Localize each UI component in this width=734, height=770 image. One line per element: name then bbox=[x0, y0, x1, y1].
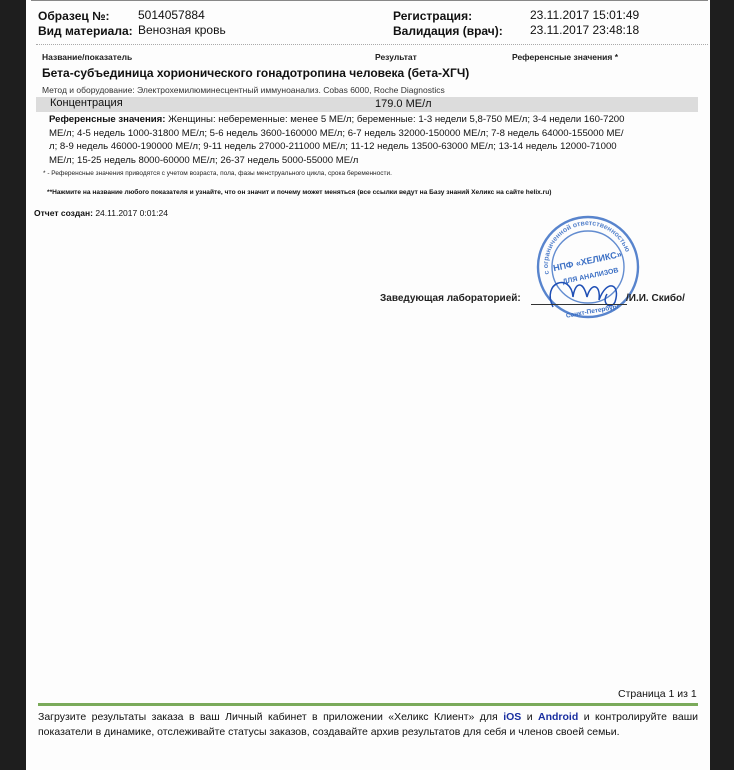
signature-line bbox=[531, 304, 627, 305]
signature-label: Заведующая лабораторией: bbox=[380, 293, 521, 304]
android-link[interactable]: Android bbox=[538, 711, 578, 723]
report-created-label: Отчет создан: bbox=[34, 208, 93, 218]
column-header-reference: Референсные значения * bbox=[512, 52, 618, 62]
result-value: 179.0 МЕ/л bbox=[375, 98, 432, 110]
column-header-name: Название/показатель bbox=[42, 52, 132, 62]
sample-number-value: 5014057884 bbox=[138, 8, 205, 22]
reference-label: Референсные значения: bbox=[49, 114, 165, 125]
page-number: Страница 1 из 1 bbox=[618, 688, 697, 700]
validation-label: Валидация (врач): bbox=[393, 24, 503, 38]
footer-green-divider bbox=[38, 703, 698, 706]
report-created-value: 24.11.2017 0:01:24 bbox=[93, 208, 168, 218]
sample-number-label: Образец №: bbox=[38, 9, 109, 23]
material-label: Вид материала: bbox=[38, 24, 133, 38]
registration-value: 23.11.2017 15:01:49 bbox=[530, 8, 639, 22]
column-header-result: Результат bbox=[375, 52, 417, 62]
reference-footnote: * - Референсные значения приводятся с уч… bbox=[43, 170, 392, 177]
header-dotted-divider bbox=[36, 44, 708, 45]
table-row: Концентрация 179.0 МЕ/л bbox=[36, 97, 698, 112]
result-name: Концентрация bbox=[50, 97, 123, 109]
lab-stamp-icon: с ограниченной ответственностью НПФ «ХЕЛ… bbox=[531, 212, 643, 322]
ios-link[interactable]: iOS bbox=[503, 711, 521, 723]
signature-name: /И.И. Скибо/ bbox=[626, 293, 685, 304]
reference-values: Референсные значения: Женщины: неберемен… bbox=[49, 113, 629, 167]
top-divider bbox=[31, 0, 708, 1]
svg-text:ДЛЯ АНАЛИЗОВ: ДЛЯ АНАЛИЗОВ bbox=[562, 267, 619, 286]
validation-value: 23.11.2017 23:48:18 bbox=[530, 23, 639, 37]
material-value: Венозная кровь bbox=[138, 23, 226, 37]
test-title-link[interactable]: Бета-субъединица хорионического гонадотр… bbox=[42, 66, 469, 80]
promo-text-start: Загрузите результаты заказа в ваш Личный… bbox=[38, 711, 503, 723]
method-equipment: Метод и оборудование: Электрохемилюминес… bbox=[42, 85, 445, 95]
report-page: Образец №: 5014057884 Вид материала: Вен… bbox=[26, 0, 710, 770]
knowledge-base-notice: **Нажмите на название любого показателя … bbox=[47, 189, 551, 196]
report-created: Отчет создан: 24.11.2017 0:01:24 bbox=[34, 208, 168, 218]
registration-label: Регистрация: bbox=[393, 9, 472, 23]
app-promo-text: Загрузите результаты заказа в ваш Личный… bbox=[38, 710, 698, 740]
promo-text-and: и bbox=[521, 711, 538, 723]
